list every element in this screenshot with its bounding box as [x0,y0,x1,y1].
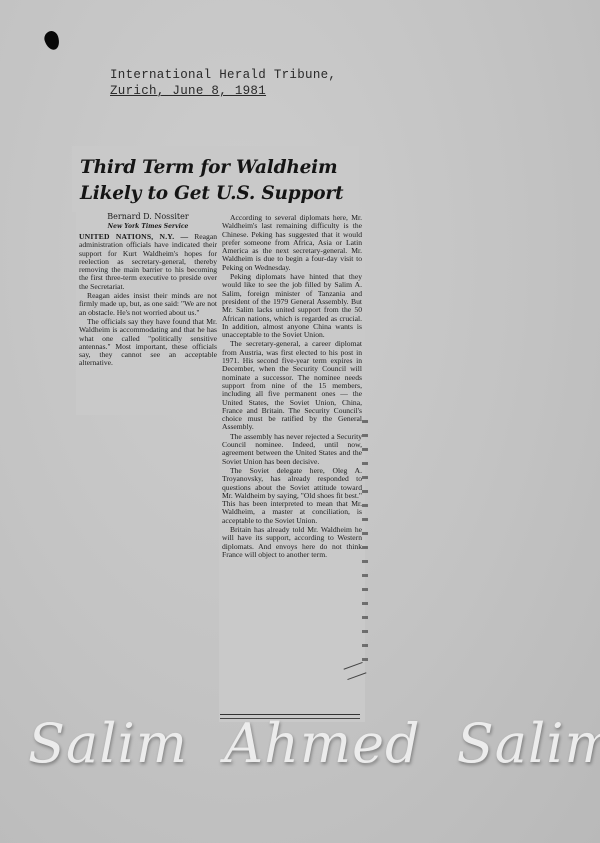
article-paragraph: Peking diplomats have hinted that they w… [222,273,362,339]
punch-hole-icon [42,29,61,51]
article-left-column: UNITED NATIONS, N.Y. — Reagan administra… [79,233,217,369]
source-date: Zurich, June 8, 1981 [110,83,336,99]
news-service: New York Times Service [78,222,218,232]
watermark-word: Ahmed [224,712,421,775]
signature-watermark: Salim Ahmed Salim [28,712,588,775]
article-paragraph: The officials say they have found that M… [79,318,217,368]
article-headline: Third Term for Waldheim Likely to Get U.… [80,155,360,207]
headline-line-1: Third Term for Waldheim [80,155,360,181]
article-paragraph: UNITED NATIONS, N.Y. — Reagan administra… [79,233,217,291]
watermark-word: Salim [28,712,188,775]
article-paragraph: The secretary-general, a career diplomat… [222,340,362,431]
typed-source-header: International Herald Tribune, Zurich, Ju… [110,67,336,99]
article-right-column: According to several diplomats here, Mr.… [222,214,362,560]
article-paragraph: According to several diplomats here, Mr.… [222,214,362,272]
article-paragraph: The Soviet delegate here, Oleg A. Troyan… [222,467,362,525]
article-paragraph: Reagan aides insist their minds are not … [79,292,217,317]
article-paragraph: Britain has already told Mr. Waldheim he… [222,526,362,559]
article-byline: Bernard D. Nossiter New York Times Servi… [78,212,218,232]
article-paragraph: The assembly has never rejected a Securi… [222,433,362,466]
headline-line-2: Likely to Get U.S. Support [80,181,360,207]
author-name: Bernard D. Nossiter [78,212,218,222]
margin-tick-marks [362,420,368,670]
watermark-word: Salim [457,712,600,775]
paragraph-text: Reagan administration officials have ind… [79,232,217,291]
source-publication: International Herald Tribune, [110,67,336,83]
